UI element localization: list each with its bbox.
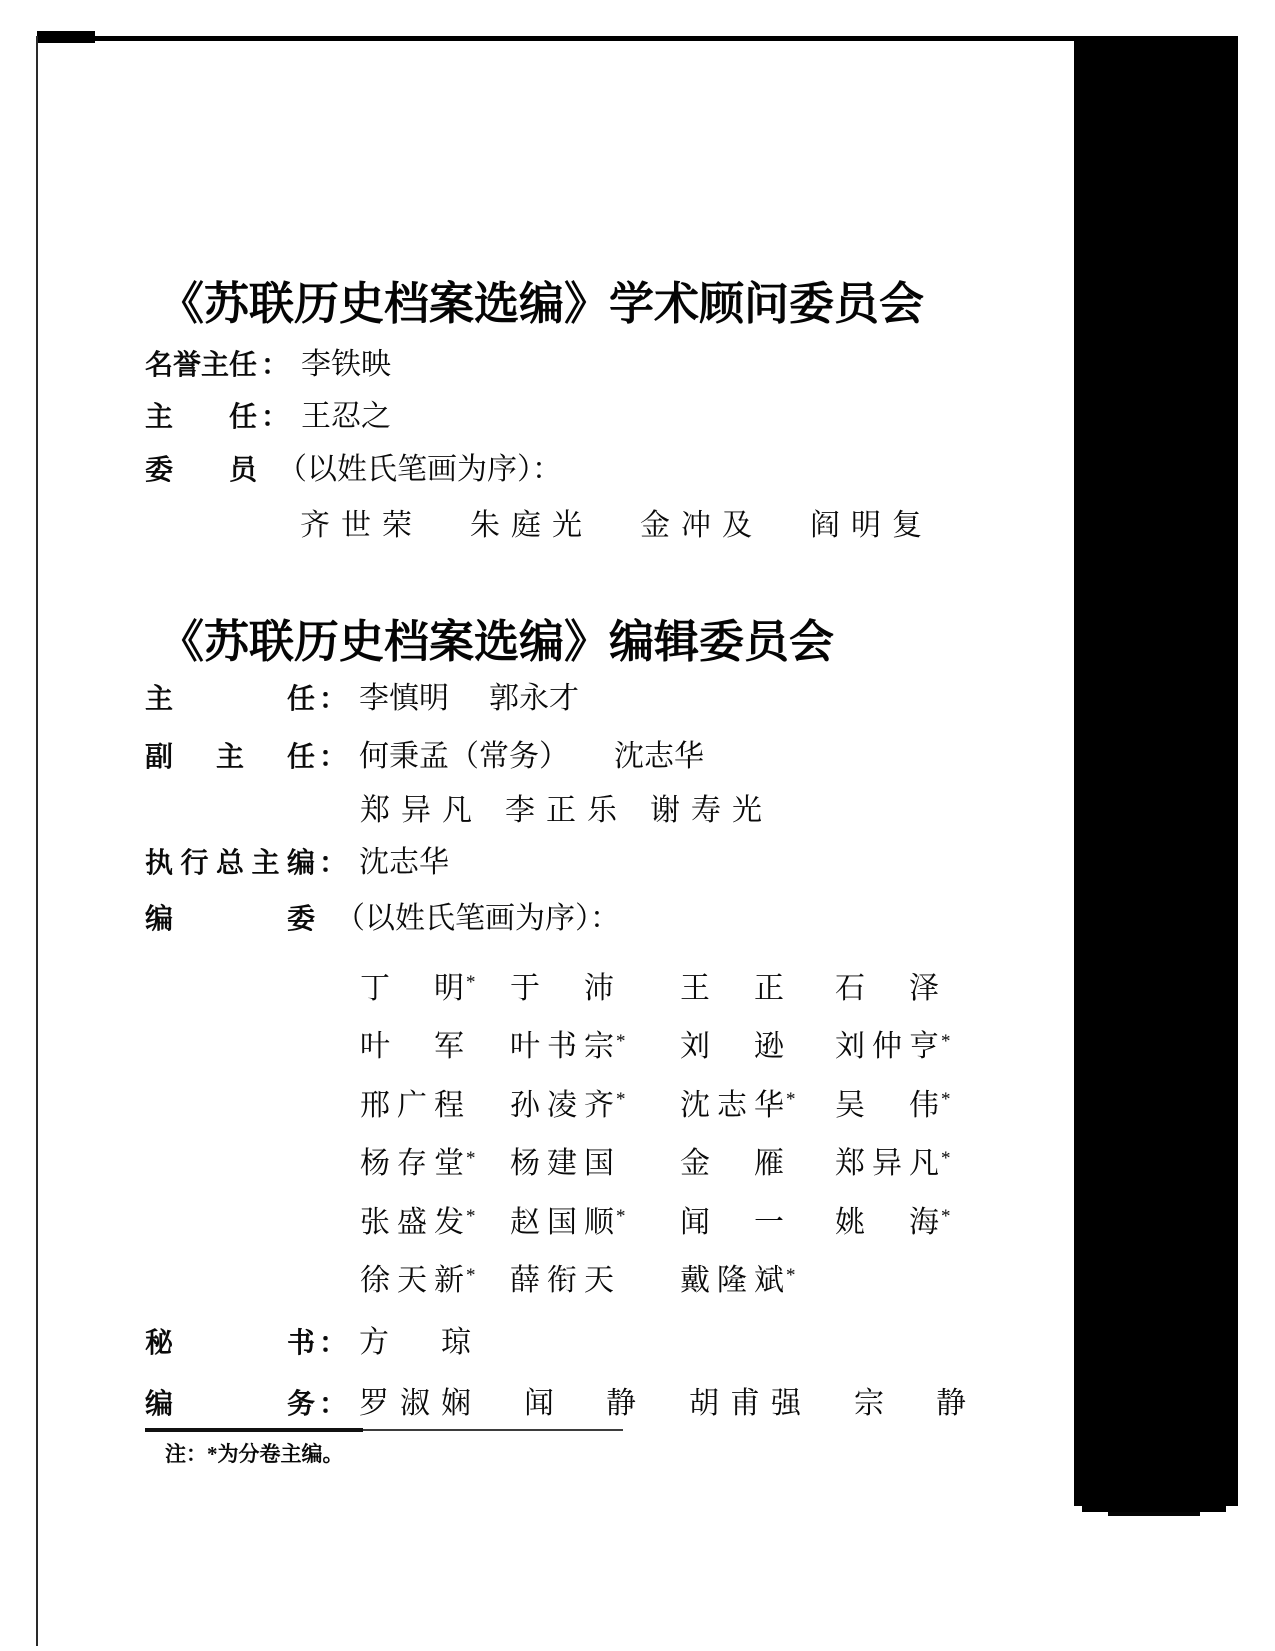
deputy-director-name: 何秉孟（常务）: [359, 739, 569, 775]
board-member: 徐天新*: [360, 1258, 510, 1300]
member-name: 孙凌齐: [510, 1088, 614, 1124]
page-left-rule: [36, 36, 38, 1646]
volume-editor-star: *: [616, 1206, 626, 1227]
editorial-board-label-row: 编委 （以姓氏笔画为序）：: [145, 901, 1005, 938]
member-name: 赵国顺: [510, 1205, 614, 1241]
member-name: 闻 一: [680, 1205, 784, 1241]
colon: ：: [319, 682, 347, 718]
volume-editor-star: *: [616, 1089, 626, 1110]
editorial-committee-title: 《苏联历史档案选编》编辑委员会: [159, 616, 1005, 668]
volume-editor-star: *: [466, 1206, 476, 1227]
member-name: 徐天新: [360, 1263, 464, 1299]
honorary-director-label: 名誉主任: [145, 348, 257, 384]
member-name: 戴隆斌: [680, 1263, 784, 1299]
colon: ：: [319, 740, 347, 776]
executive-chief-editor-name: 沈志华: [359, 845, 449, 881]
advisory-committee-title: 《苏联历史档案选编》学术顾问委员会: [159, 278, 1005, 330]
member-name: 杨建国: [510, 1146, 614, 1182]
editorial-directors: 李慎明 郭永才: [359, 681, 579, 717]
volume-editor-star: *: [941, 1089, 951, 1110]
advisory-members-row: 齐世荣 朱庭光 金冲及 阎明复: [300, 508, 1005, 544]
deputy-director-name: 李正乐: [505, 793, 617, 829]
advisory-member-name: 阎明复: [810, 508, 922, 544]
page-content: 《苏联历史档案选编》学术顾问委员会 名誉主任： 李铁映 主任： 王忍之 委员 （…: [145, 278, 1005, 1467]
deputy-director-label: 副主任: [145, 740, 315, 776]
member-name: 姚 海: [835, 1205, 939, 1241]
volume-editor-star: *: [941, 1206, 951, 1227]
board-member: 戴隆斌*: [680, 1258, 835, 1300]
member-name: 邢广程: [360, 1088, 464, 1124]
member-name: 叶 军: [360, 1029, 464, 1065]
scan-black-bar: [1074, 36, 1238, 1506]
member-name: 刘 逊: [680, 1029, 784, 1065]
staff-name: 罗淑娴: [359, 1386, 471, 1422]
editorial-director-name: 李慎明: [359, 681, 449, 717]
advisory-director-row: 主任： 王忍之: [145, 399, 1005, 436]
deputy-directors: 何秉孟（常务） 沈志华: [359, 739, 704, 775]
board-member: 张盛发*: [360, 1199, 510, 1241]
editorial-directors-row: 主任： 李慎明 郭永才: [145, 681, 1005, 718]
board-member: 叶 军: [360, 1024, 510, 1066]
colon: ：: [319, 846, 347, 882]
footnote-text: *为分卷主编。: [207, 1442, 344, 1466]
editorial-board-grid: 丁 明* 于 沛 王 正 石 泽 叶 军 叶书宗* 刘 逊 刘仲亨* 邢广程 孙…: [360, 965, 1005, 1299]
scan-black-bar-ragged-edge: [1108, 1512, 1200, 1516]
board-member: 郑异凡*: [835, 1141, 985, 1183]
volume-editor-star: *: [466, 1148, 476, 1169]
executive-chief-editor-label: 执行总主编: [145, 846, 315, 882]
volume-editor-star: *: [466, 972, 476, 993]
volume-editor-star: *: [941, 1031, 951, 1052]
volume-editor-star: *: [616, 1031, 626, 1052]
member-name: 吴 伟: [835, 1088, 939, 1124]
deputy-director-name: 沈志华: [614, 739, 704, 775]
board-member: 刘 逊: [680, 1024, 835, 1066]
board-member: 姚 海*: [835, 1199, 985, 1241]
volume-editor-star: *: [941, 1148, 951, 1169]
staff-name: 胡甫强: [689, 1386, 801, 1422]
secretary-label: 秘书: [145, 1326, 315, 1362]
advisory-member-name: 齐世荣: [300, 508, 412, 544]
editorial-staff-label: 编务: [145, 1387, 315, 1423]
member-name: 石 泽: [835, 971, 939, 1007]
honorary-director-row: 名誉主任： 李铁映: [145, 347, 1005, 384]
secretary-row: 秘书： 方 琼: [145, 1325, 1005, 1362]
colon: ：: [319, 1387, 347, 1423]
member-name: 叶书宗: [510, 1029, 614, 1065]
member-name: 沈志华: [680, 1088, 784, 1124]
editorial-director-label: 主任: [145, 682, 315, 718]
deputy-directors-continued-row: 郑异凡 李正乐 谢寿光: [360, 793, 1005, 829]
member-name: 张盛发: [360, 1205, 464, 1241]
board-member: 闻 一: [680, 1199, 835, 1241]
member-name: 郑异凡: [835, 1146, 939, 1182]
staff-name: 宗 静: [854, 1386, 966, 1422]
board-member: 石 泽: [835, 965, 985, 1007]
advisory-member-name: 朱庭光: [470, 508, 582, 544]
member-name: 丁 明: [360, 971, 464, 1007]
board-member: 杨建国: [510, 1141, 680, 1183]
member-name: 薛衔天: [510, 1263, 614, 1299]
editorial-staff-row: 编务： 罗淑娴 闻 静 胡甫强 宗 静: [145, 1386, 1005, 1423]
advisory-members-label-row: 委员 （以姓氏笔画为序）：: [145, 452, 1005, 489]
deputy-director-name: 谢寿光: [650, 793, 762, 829]
deputy-directors-row: 副主任： 何秉孟（常务） 沈志华: [145, 739, 1005, 776]
board-member: 金 雁: [680, 1141, 835, 1183]
member-name: 王 正: [680, 971, 784, 1007]
board-member: 王 正: [680, 965, 835, 1007]
executive-chief-editor-row: 执行总主编： 沈志华: [145, 845, 1005, 882]
colon: ：: [261, 400, 289, 436]
footnote-label: 注：: [165, 1442, 207, 1466]
honorary-director-name: 李铁映: [301, 347, 391, 383]
board-member: 丁 明*: [360, 965, 510, 1007]
editorial-director-name: 郭永才: [489, 681, 579, 717]
editorial-staff-names: 罗淑娴 闻 静 胡甫强 宗 静: [359, 1386, 966, 1422]
member-name: 刘仲亨: [835, 1029, 939, 1065]
board-member: 刘仲亨*: [835, 1024, 985, 1066]
board-member: 孙凌齐*: [510, 1082, 680, 1124]
advisory-director-label: 主任: [145, 400, 257, 436]
board-member: 杨存堂*: [360, 1141, 510, 1183]
board-member: 沈志华*: [680, 1082, 835, 1124]
board-member: 赵国顺*: [510, 1199, 680, 1241]
volume-editor-star: *: [466, 1265, 476, 1286]
board-member: 邢广程: [360, 1082, 510, 1124]
stroke-order-note: （以姓氏笔画为序）：: [277, 452, 562, 488]
board-member: 于 沛: [510, 965, 680, 1007]
member-name: 杨存堂: [360, 1146, 464, 1182]
colon: ：: [319, 1326, 347, 1362]
volume-editor-star: *: [786, 1089, 796, 1110]
secretary-name: 方 琼: [359, 1325, 471, 1361]
board-member: 薛衔天: [510, 1258, 680, 1300]
advisory-member-name: 金冲及: [640, 508, 752, 544]
deputy-director-name: 郑异凡: [360, 793, 472, 829]
board-member: 叶书宗*: [510, 1024, 680, 1066]
stroke-order-note: （以姓氏笔画为序）：: [335, 901, 620, 937]
member-name: 金 雁: [680, 1146, 784, 1182]
board-member: 吴 伟*: [835, 1082, 985, 1124]
volume-editor-star: *: [786, 1265, 796, 1286]
footnote: 注：*为分卷主编。: [165, 1441, 1005, 1467]
advisory-director-name: 王忍之: [301, 399, 391, 435]
staff-name: 闻 静: [524, 1386, 636, 1422]
page-top-rule: [37, 36, 1238, 41]
colon: ：: [261, 348, 289, 384]
member-name: 于 沛: [510, 971, 614, 1007]
advisory-members-label: 委员: [145, 453, 257, 489]
footnote-divider: [145, 1428, 623, 1433]
editorial-board-label: 编委: [145, 902, 315, 938]
